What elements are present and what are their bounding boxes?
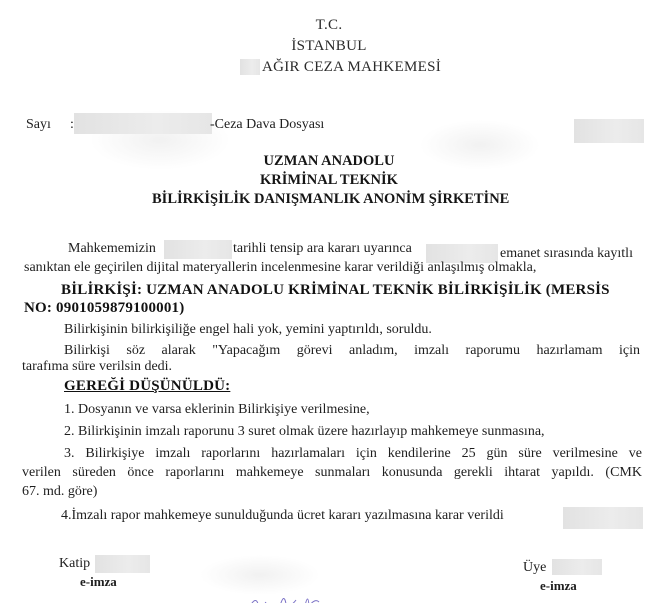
header-court-name: AĞIR CEZA MAHKEMESİ: [262, 59, 441, 76]
handwritten-signature-icon: [210, 588, 360, 603]
decision-item-4: 4.İmzalı rapor mahkemeye sunulduğunda üc…: [61, 508, 504, 524]
intro-line2: sanıktan ele geçirilen dijital materyall…: [24, 260, 536, 276]
redacted-decision-date: [563, 507, 643, 529]
redacted-clerk-name: [95, 555, 150, 573]
intro-part2: tarihli tensip ara kararı uyarınca: [233, 241, 412, 257]
redacted-member-name: [552, 559, 602, 575]
decision-item-3-line2: verilen süreden önce raporlarını mahkeme…: [22, 465, 642, 481]
header-city: İSTANBUL: [0, 38, 658, 55]
reference-case-type: -Ceza Dava Dosyası: [210, 117, 324, 133]
oath-statement: Bilirkişinin bilirkişiliğe engel hali yo…: [64, 322, 432, 338]
promise-line1: Bilirkişi söz alarak "Yapacağım görevi a…: [64, 343, 640, 359]
clerk-title: Katip: [59, 556, 90, 572]
court-document-page: T.C. İSTANBUL AĞIR CEZA MAHKEMESİ Sayı :…: [0, 0, 658, 603]
redacted-case-number: [74, 113, 212, 134]
member-title: Üye: [523, 560, 546, 576]
reference-label: Sayı: [26, 117, 51, 133]
member-e-signature: e-imza: [540, 578, 577, 594]
intro-part1: Mahkememizin: [68, 241, 156, 257]
redacted-tensip-date: [164, 240, 232, 259]
expert-line1: BİLİRKİŞİ: UZMAN ANADOLU KRİMİNAL TEKNİK…: [61, 282, 610, 299]
expert-line2: NO: 0901059879100001): [24, 300, 184, 317]
redacted-date: [574, 119, 644, 143]
decision-item-2: 2. Bilirkişinin imzalı raporunu 3 suret …: [64, 424, 545, 440]
promise-line2: tarafıma süre verilsin dedi.: [22, 359, 172, 375]
header-tc: T.C.: [0, 17, 658, 34]
addressee-line1: UZMAN ANADOLU: [0, 153, 658, 170]
decision-item-1: 1. Dosyanın ve varsa eklerinin Bilirkişi…: [64, 402, 370, 418]
clerk-e-signature: e-imza: [80, 574, 117, 590]
addressee-line2: KRİMİNAL TEKNİK: [0, 172, 658, 189]
decision-heading: GEREĞİ DÜŞÜNÜLDÜ:: [64, 378, 230, 395]
decision-item-3-line1: 3. Bilirkişiye imzalı raporlarını hazırl…: [64, 446, 642, 462]
redacted-court-number: [240, 59, 260, 75]
addressee-line3: BİLİRKİŞİLİK DANIŞMANLIK ANONİM ŞİRKETİN…: [152, 191, 509, 208]
decision-item-3-line3: 67. md. göre): [22, 484, 97, 500]
